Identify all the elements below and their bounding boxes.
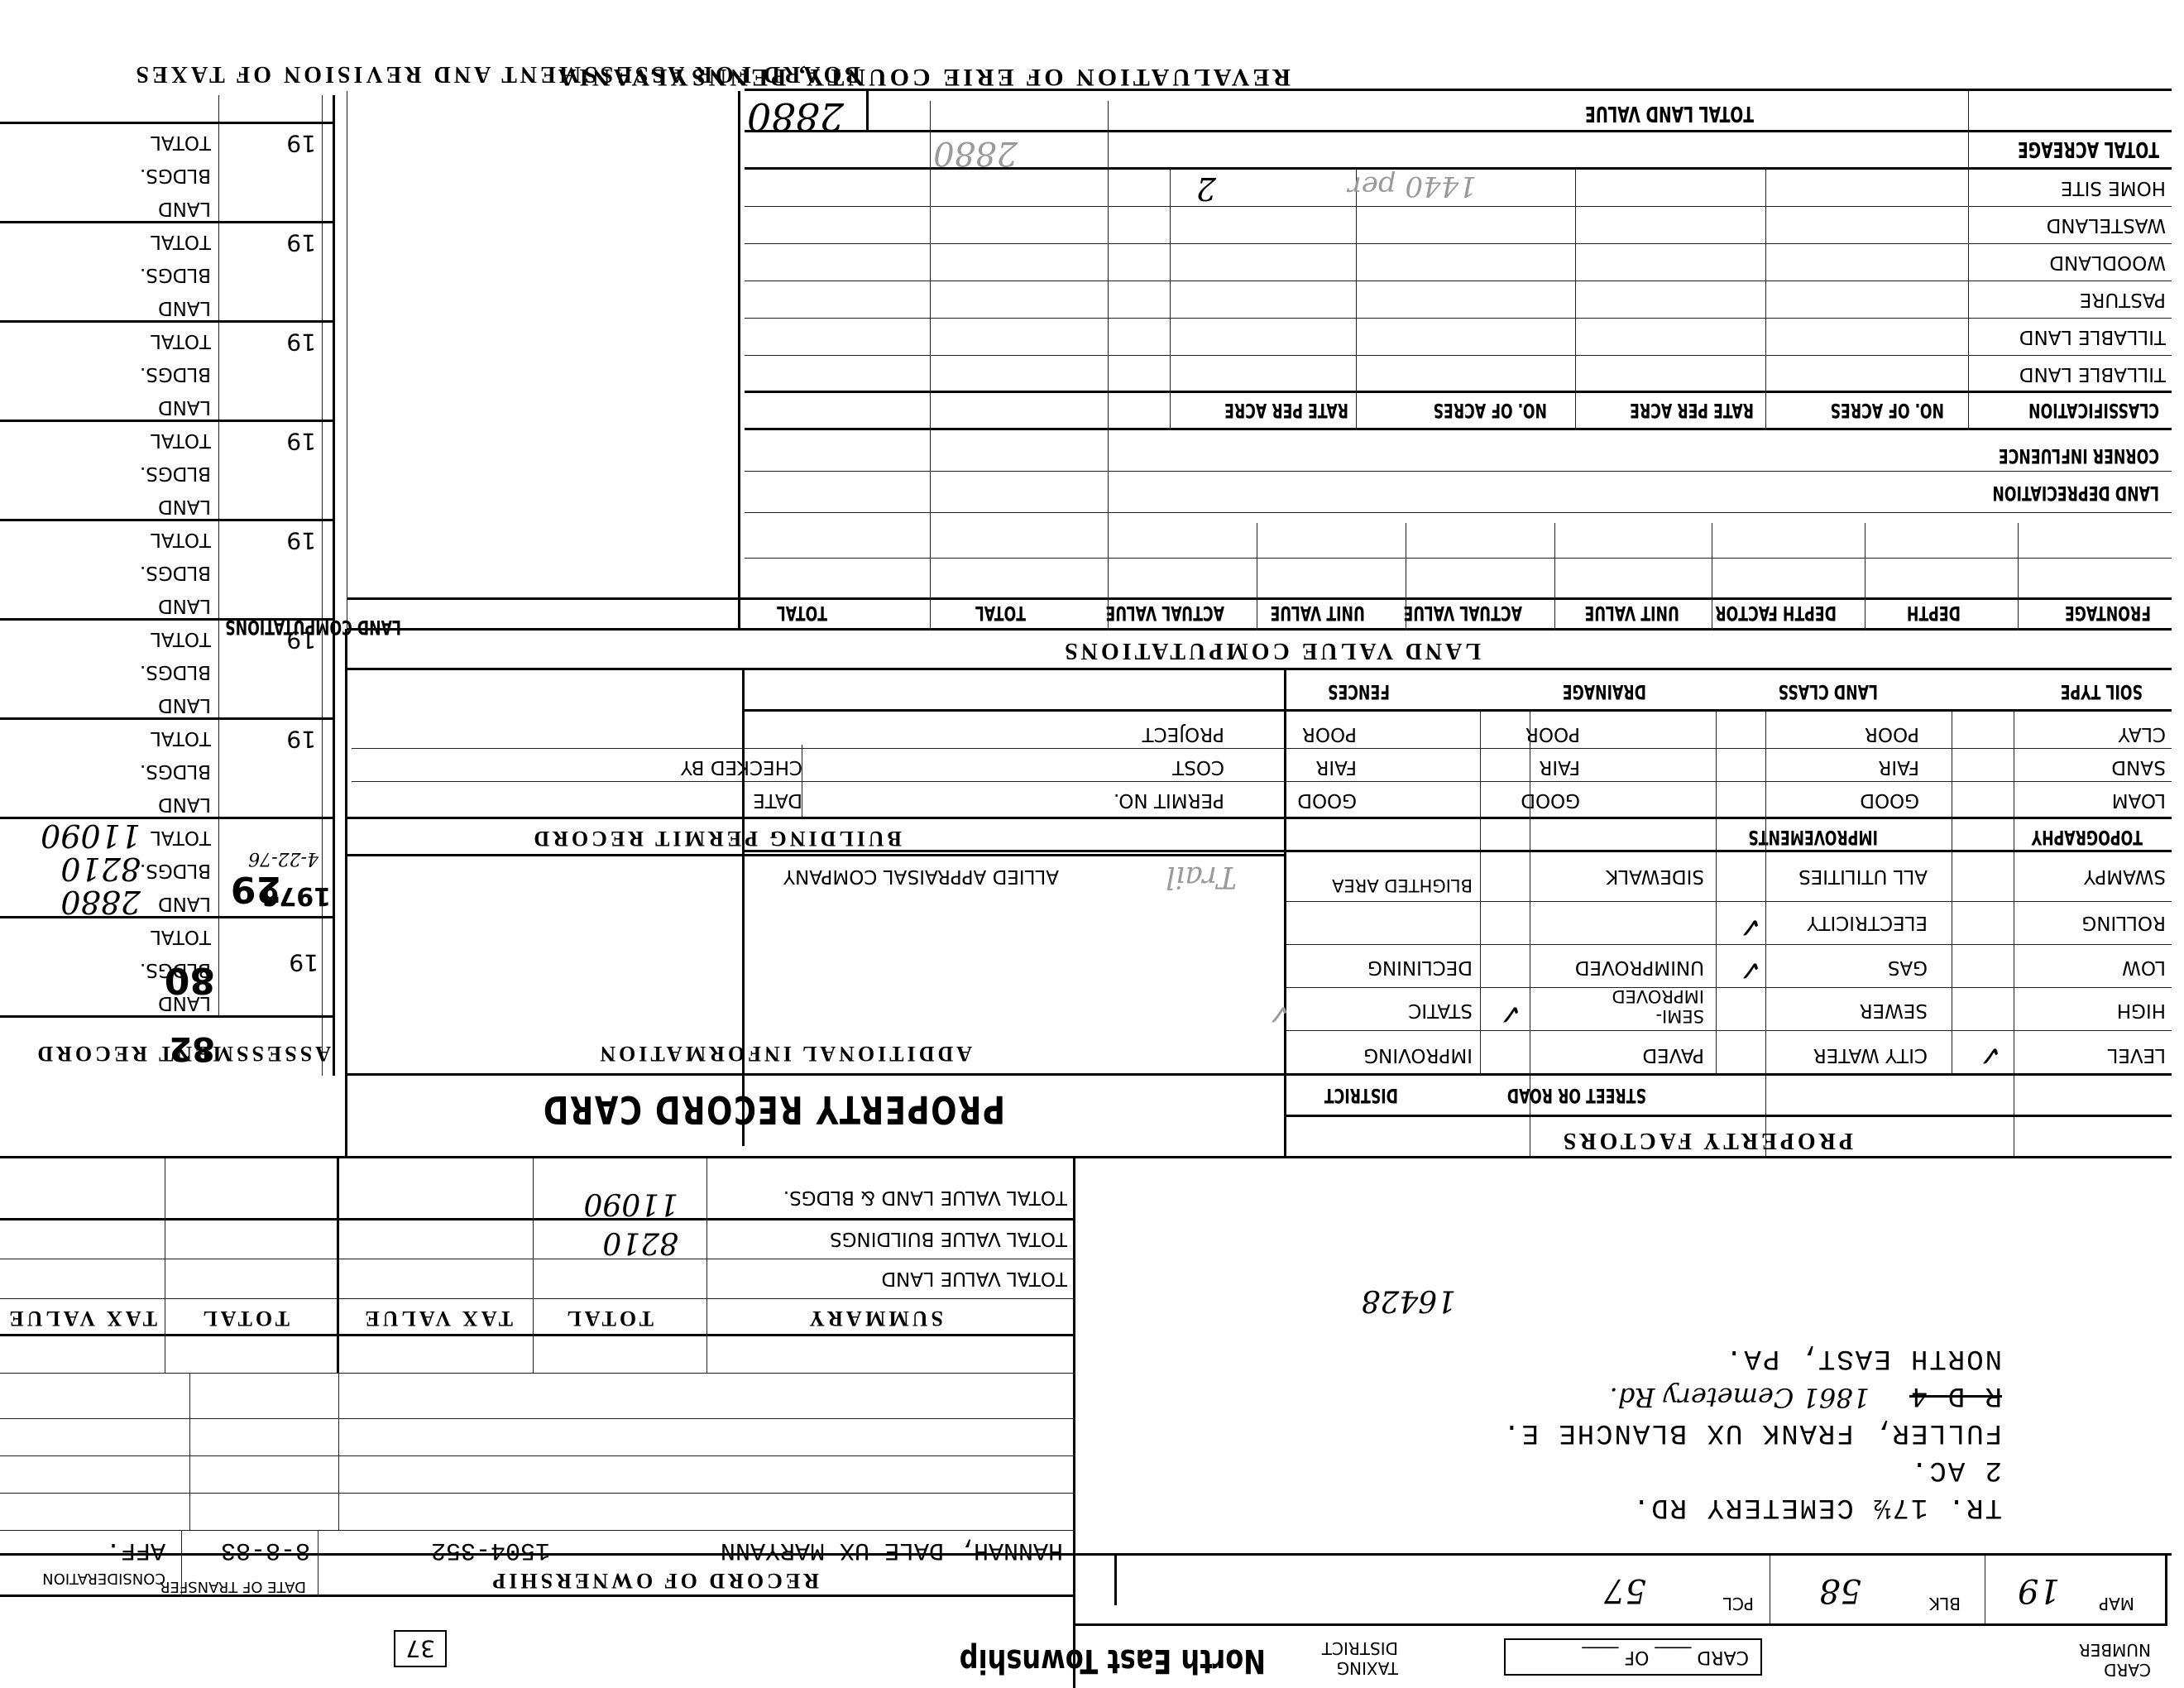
assess-2-bldgs: BLDGS. [140, 860, 211, 881]
owner-name: HANNAH, DALE UX MARYANN [721, 1536, 1063, 1564]
row-home-site: HOME SITE [2061, 177, 2166, 199]
land-class-poor: POOR [1865, 723, 1919, 745]
assess-6-land: LAND [158, 496, 211, 517]
drainage-label: DRAINAGE [1563, 680, 1646, 703]
topo-level: LEVEL [2108, 1044, 2166, 1066]
assess-8-total: TOTAL [151, 231, 211, 252]
district-static-check-icon: ✓ [1267, 997, 1291, 1030]
assess-1-total: TOTAL [151, 926, 211, 947]
row-tillable-2: TILLABLE LAND [2019, 363, 2166, 385]
topo-low: LOW [2122, 957, 2166, 978]
district-blighted-area: BLIGHTED AREA [1324, 875, 1473, 895]
assess-8-year: 19 [286, 229, 316, 257]
assess-6-total: TOTAL [151, 429, 211, 451]
row-tillable-1: TILLABLE LAND [2019, 326, 2166, 348]
impr-gas-check-icon: ✓ [1739, 953, 1763, 986]
total-acreage-label: TOTAL ACREAGE [2018, 137, 2159, 161]
drainage-poor: POOR [1525, 723, 1580, 745]
property-address-handwritten: 1861 Cemetery Rd. [1610, 1382, 1870, 1413]
assess-2-stamp: 29 [231, 868, 281, 910]
summary-col-tax-2: TAX VALUE [6, 1306, 157, 1331]
road-paved: PAVED [1642, 1044, 1704, 1066]
property-hand-number: 16428 [1361, 1283, 1456, 1317]
assess-9-year: 19 [286, 130, 316, 157]
col-rate-1: RATE PER ACRE [1630, 399, 1754, 422]
district-improving: IMPROVING [1363, 1044, 1473, 1066]
summary-total-value-land: TOTAL VALUE LAND [881, 1268, 1067, 1289]
card-title: PROPERTY RECORD CARD [542, 1087, 1005, 1132]
assess-2-bldgs-value: 8210 [60, 851, 141, 887]
board-title: BOARD FOR ASSESSMENT AND REVISION OF TAX… [132, 60, 860, 87]
assess-2-note: 4-22-76 [248, 848, 318, 869]
district-static: STATIC [1408, 1000, 1473, 1021]
district-label: DISTRICT [1324, 1084, 1398, 1107]
road-semi-improved-check-icon: ✓ [1499, 997, 1523, 1030]
card-of-box: CARD ____ OF ____ [1504, 1638, 1762, 1676]
soil-clay: CLAY [2119, 723, 2166, 745]
summary-col-tax-1: TAX VALUE [362, 1306, 513, 1331]
corner-influence-label: CORNER INFLUENCE [1999, 444, 2159, 468]
col-actual-value-1: ACTUAL VALUE [1403, 602, 1522, 625]
assess-2-total: TOTAL [151, 827, 211, 848]
road-semi-improved: SEMI-IMPROVED [1572, 986, 1704, 1026]
soil-sand: SAND [2111, 756, 2166, 778]
owner-consideration: AFF. [106, 1536, 165, 1564]
col-depth: DEPTH [1907, 602, 1961, 625]
road-sidewalk: SIDEWALK [1606, 866, 1704, 887]
summary-total-land-bldgs-value: 11090 [583, 1187, 678, 1220]
assess-3-year: 19 [286, 726, 316, 753]
col-acres-2: NO. OF ACRES [1434, 399, 1547, 422]
assess-9-total: TOTAL [151, 132, 211, 153]
row-woodland: WOODLAND [2049, 252, 2166, 273]
assess-4-year: 19 [286, 626, 316, 654]
row-wasteland: WASTELAND [2047, 214, 2166, 236]
improvements-label: IMPROVEMENTS [1748, 826, 1878, 849]
total-land-value: 2880 [747, 94, 844, 139]
assess-7-total: TOTAL [151, 330, 211, 352]
owner-transfer-date: 8-8-83 [221, 1536, 310, 1564]
summary-header: SUMMARY [806, 1306, 943, 1331]
assess-1-stamp: 80 [165, 959, 215, 1001]
property-record-card: REVALUATION OF ERIE COUNTY, PENNSYLVANIA… [0, 0, 2184, 1688]
assess-2-land-value: 2880 [60, 884, 141, 920]
assess-4-land: LAND [158, 694, 211, 716]
assess-3-total: TOTAL [151, 727, 211, 749]
land-depreciation-label: LAND DEPRECIATION [1992, 482, 2159, 505]
soil-loam: LOAM [2112, 789, 2166, 811]
permit-checked-by-label: CHECKED BY [681, 756, 802, 778]
box-number: 37 [394, 1630, 447, 1667]
additional-info-title: ADDITIONAL INFORMATION [596, 1041, 972, 1066]
property-city: NORTH EAST, PA. [1724, 1342, 2002, 1374]
summary-total-buildings-value: 8210 [602, 1225, 678, 1259]
home-site-acres: 2 [1196, 170, 1216, 207]
permit-cost-label: COST [1172, 756, 1224, 778]
col-unit-value-2: UNIT VALUE [1270, 602, 1365, 625]
building-permit-title: BUILDING PERMIT RECORD [530, 826, 902, 851]
blk-value: 58 [1819, 1571, 1861, 1609]
land-class-fair: FAIR [1878, 756, 1919, 778]
col-frontage: FRONTAGE [2065, 602, 2151, 625]
assess-stamp-side: 82 [169, 1029, 215, 1067]
card-number-label: CARD NUMBER [2060, 1640, 2151, 1680]
permit-no-label: PERMIT NO. [1114, 789, 1224, 811]
summary-col-total-2: TOTAL [199, 1306, 290, 1331]
permit-date-label: DATE [753, 789, 802, 811]
faint-value: 2880 [933, 134, 1018, 172]
assess-8-bldgs: BLDGS. [140, 264, 211, 285]
taxing-district: North East Township [960, 1642, 1266, 1680]
home-site-rate: 1440 per [1348, 170, 1477, 203]
map-value: 19 [2018, 1571, 2060, 1609]
impr-city-water: CITY WATER [1813, 1044, 1928, 1066]
assess-3-bldgs: BLDGS. [140, 760, 211, 782]
assess-5-land: LAND [158, 595, 211, 616]
topo-high: HIGH [2117, 1000, 2166, 1021]
assess-5-bldgs: BLDGS. [140, 562, 211, 583]
col-depth-factor: DEPTH FACTOR [1715, 602, 1837, 625]
drainage-fair: FAIR [1539, 756, 1580, 778]
fences-good: GOOD [1297, 789, 1357, 811]
property-rd-struck: R D 4 [1909, 1379, 2002, 1411]
summary-col-total-1: TOTAL [563, 1306, 654, 1331]
col-acres-1: NO. OF ACRES [1831, 399, 1944, 422]
pcl-value: 57 [1604, 1571, 1646, 1609]
map-label: MAP [2099, 1594, 2134, 1614]
assess-7-land: LAND [158, 396, 211, 418]
assess-6-year: 19 [286, 428, 316, 455]
land-class-label: LAND CLASS [1779, 680, 1878, 703]
total-land-value-label: TOTAL LAND VALUE [1585, 101, 1754, 126]
land-value-computations-title: LAND VALUE COMPUTATIONS [1061, 637, 1481, 664]
col-total-1: TOTAL [975, 602, 1026, 625]
assess-9-land: LAND [158, 198, 211, 219]
col-rate-2: RATE PER ACRE [1224, 399, 1348, 422]
col-classification: CLASSIFICATION [2028, 399, 2159, 422]
owner-deed: 1504-352 [431, 1536, 550, 1564]
impr-electricity: ELECTRICITY [1807, 912, 1928, 933]
summary-total-value-land-bldgs: TOTAL VALUE LAND & BLDGS. [783, 1187, 1067, 1208]
property-acreage: 2 AC. [1909, 1454, 2002, 1485]
topo-rolling: ROLLING [2081, 912, 2166, 933]
property-owner: FULLER, FRANK UX BLANCHE E. [1501, 1417, 2002, 1448]
taxing-district-label: TAXING DISTRICT [1282, 1638, 1398, 1678]
assess-8-land: LAND [158, 297, 211, 319]
assess-4-total: TOTAL [151, 628, 211, 650]
property-line-1: TR. 17½ CEMETERY RD. [1631, 1491, 2002, 1523]
impr-sewer: SEWER [1860, 1000, 1928, 1021]
assess-6-bldgs: BLDGS. [140, 463, 211, 484]
col-total-2: TOTAL [777, 602, 827, 625]
row-pasture: PASTURE [2080, 289, 2166, 310]
assess-5-year: 19 [286, 527, 316, 554]
assess-9-bldgs: BLDGS. [140, 165, 211, 186]
assess-7-year: 19 [286, 328, 316, 356]
topography-label: TOPOGRAPHY [2032, 826, 2143, 849]
impr-electricity-check-icon: ✓ [1739, 910, 1763, 943]
permit-project-label: PROJECT [1142, 723, 1224, 745]
blk-label: BLK [1929, 1594, 1961, 1614]
land-class-good: GOOD [1860, 789, 1919, 811]
allied-appraisal-company: ALLIED APPRAISAL COMPANY [783, 866, 1059, 887]
col-unit-value-1: UNIT VALUE [1584, 602, 1679, 625]
additional-info-handwriting: Trail [1166, 860, 1237, 894]
impr-all-utilities: ALL UTILITIES [1798, 866, 1928, 887]
ownership-consideration: CONSIDERATION [42, 1570, 165, 1587]
fences-poor: POOR [1302, 723, 1357, 745]
assess-2-land: LAND [158, 893, 211, 914]
col-actual-value-2: ACTUAL VALUE [1105, 602, 1224, 625]
summary-total-value-buildings: TOTAL VALUE BUILDINGS [830, 1228, 1067, 1249]
district-declining: DECLINING [1367, 957, 1473, 978]
assess-3-land: LAND [158, 794, 211, 815]
assess-4-bldgs: BLDGS. [140, 661, 211, 683]
pcl-label: PCL [1723, 1594, 1754, 1614]
topo-level-check-icon: ✓ [1979, 1038, 2003, 1072]
assess-7-bldgs: BLDGS. [140, 363, 211, 385]
property-factors-title: PROPERTY FACTORS [1560, 1127, 1853, 1153]
impr-gas: GAS [1888, 957, 1928, 978]
topo-swampy: SWAMPY [2084, 866, 2166, 887]
fences-label: FENCES [1328, 680, 1390, 703]
assess-1-year: 19 [289, 949, 318, 976]
fences-fair: FAIR [1315, 756, 1357, 778]
assess-2-total-value: 11090 [41, 818, 141, 854]
soil-type-label: SOIL TYPE [2061, 680, 2143, 703]
ownership-title: RECORD OF OWNERSHIP [489, 1568, 819, 1593]
road-unimproved: UNIMPROVED [1575, 957, 1704, 978]
street-or-road-label: STREET OR ROAD [1507, 1084, 1646, 1107]
assess-5-total: TOTAL [151, 529, 211, 550]
